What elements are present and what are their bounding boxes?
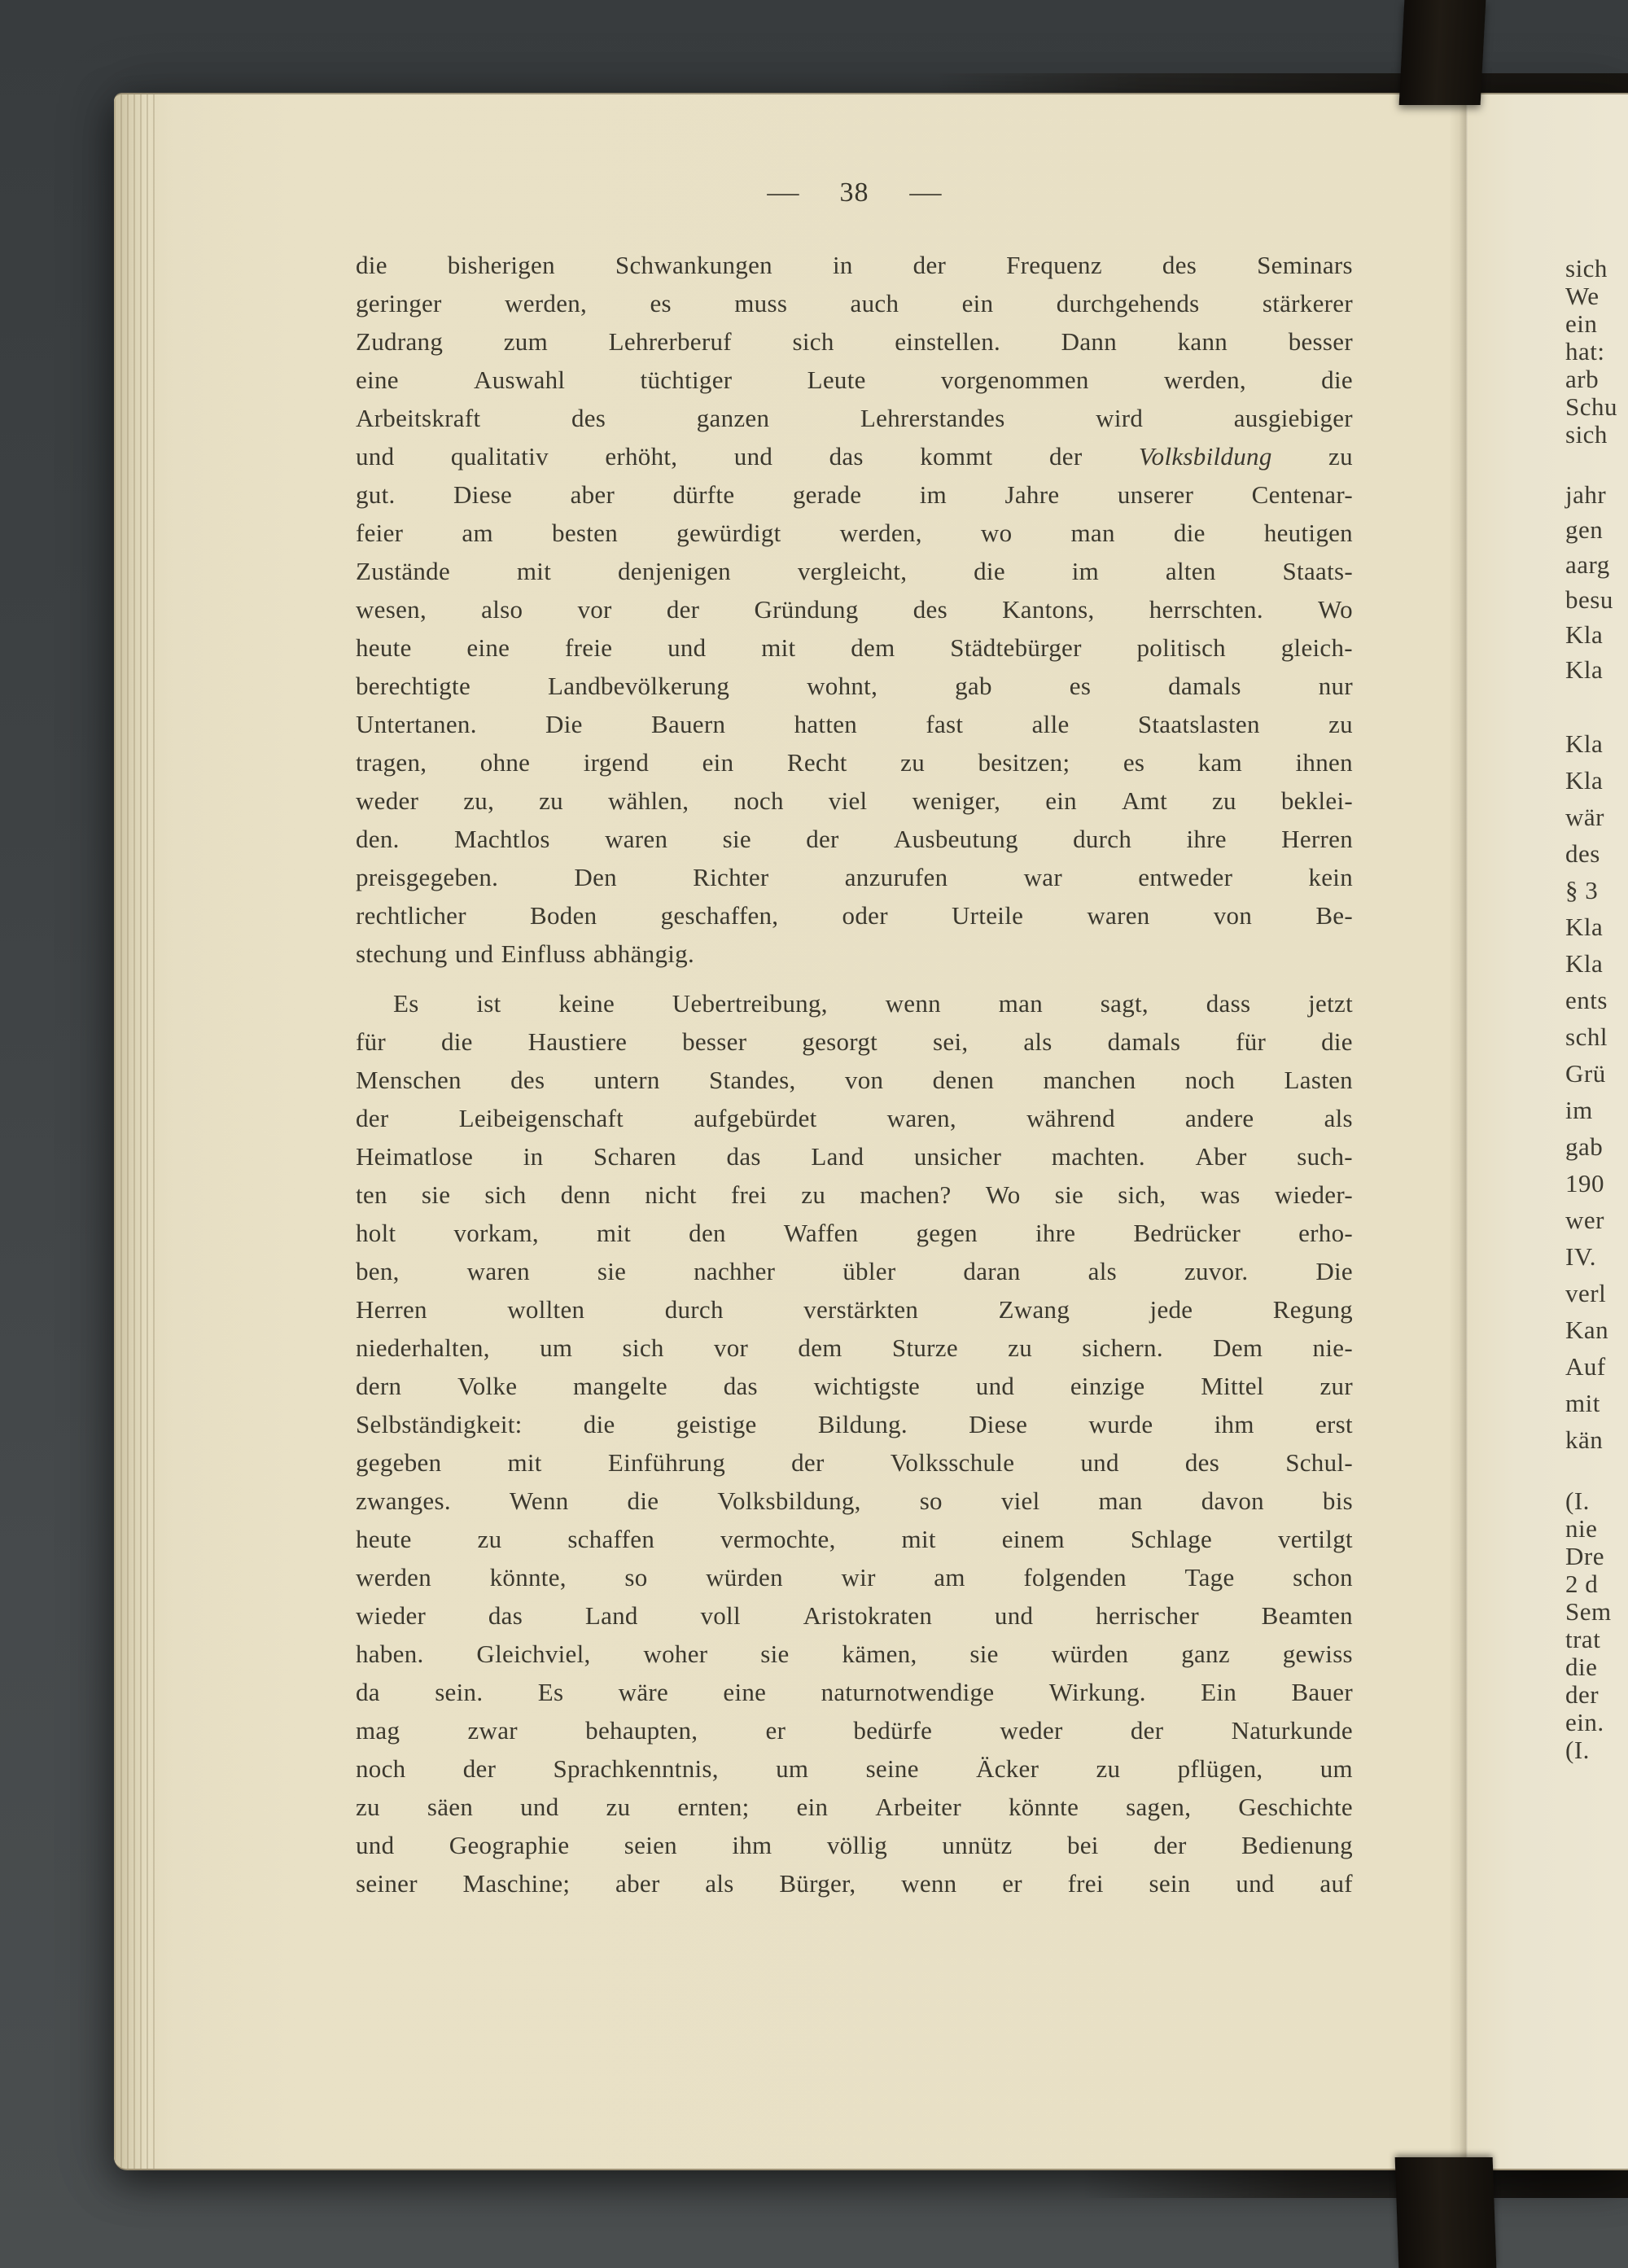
word: es <box>650 284 671 322</box>
paragraph: EsistkeineUebertreibung,wennmansagt,dass… <box>356 984 1353 1902</box>
word: nur <box>1319 667 1353 705</box>
word: dass <box>1206 984 1251 1022</box>
text-line: niederhalten,umsichvordemSturzezusichern… <box>356 1329 1353 1367</box>
word: Äcker <box>976 1749 1039 1788</box>
page-number-left-dash: — <box>767 177 799 208</box>
word: davon <box>1201 1482 1264 1520</box>
word: Die <box>545 705 583 743</box>
word: machten. <box>1052 1137 1145 1176</box>
word: kommt <box>920 437 992 475</box>
word: bedürfe <box>853 1711 932 1749</box>
word: denn <box>561 1176 610 1214</box>
word: um <box>540 1329 572 1367</box>
word: holt <box>356 1214 396 1252</box>
word: mit <box>507 1443 541 1482</box>
word: Wenn <box>510 1482 569 1520</box>
word: zu <box>1328 437 1353 475</box>
word: irgend <box>584 743 649 782</box>
word: des <box>1162 246 1197 284</box>
word: Boden <box>530 896 597 935</box>
text-line: berechtigteLandbevölkerungwohnt,gabesdam… <box>356 667 1353 705</box>
word: eine <box>356 361 399 399</box>
word: Scharen <box>593 1137 676 1176</box>
text-line: feierambestengewürdigtwerden,womandieheu… <box>356 514 1353 552</box>
word: es <box>1123 743 1144 782</box>
bookmark-ribbon-bottom <box>1395 2157 1497 2268</box>
word: die <box>628 1482 659 1520</box>
word: alle <box>1032 705 1070 743</box>
word: stechung <box>356 935 448 973</box>
word: andere <box>1185 1099 1254 1137</box>
word: waren, <box>887 1099 956 1137</box>
word: sich <box>623 1329 664 1367</box>
word: das <box>829 437 864 475</box>
word: zu, <box>463 782 494 820</box>
word: erst <box>1315 1405 1353 1443</box>
word: den. <box>356 820 400 858</box>
word: Wo <box>986 1176 1021 1214</box>
word: Sturze <box>892 1329 958 1367</box>
word: Bedienung <box>1241 1826 1353 1864</box>
word: Richter <box>693 858 768 896</box>
right-page-text-fragment: IV. <box>1565 1241 1596 1273</box>
word: einem <box>1002 1520 1065 1558</box>
word: vergleicht, <box>798 552 907 590</box>
word: zum <box>504 322 548 361</box>
word: sich <box>793 322 834 361</box>
word: mit <box>902 1520 936 1558</box>
word: völlig <box>827 1826 887 1864</box>
right-page-text-fragment: § 3 <box>1565 874 1598 907</box>
word: seine <box>866 1749 919 1788</box>
word: Sprachkenntnis, <box>553 1749 718 1788</box>
word: sie <box>597 1252 626 1290</box>
word: von <box>845 1061 883 1099</box>
word: also <box>481 590 523 628</box>
word: Arbeiter <box>875 1788 961 1826</box>
word: Dem <box>1213 1329 1263 1367</box>
word: die <box>356 246 387 284</box>
word: gegeben <box>356 1443 441 1482</box>
word: heute <box>356 1520 412 1558</box>
text-line: heutezuschaffenvermochte,miteinemSchlage… <box>356 1520 1353 1558</box>
right-page-text-fragment: jahr <box>1565 479 1606 511</box>
word: damals <box>1168 667 1241 705</box>
word: manchen <box>1043 1061 1136 1099</box>
word: des <box>510 1061 545 1099</box>
word: Maschine; <box>463 1864 571 1902</box>
word: sie <box>723 820 751 858</box>
word: sein. <box>435 1673 483 1711</box>
word: beklei- <box>1281 782 1353 820</box>
right-page-text-fragment: 190 <box>1565 1167 1604 1200</box>
word: kam <box>1198 743 1242 782</box>
word: frei <box>731 1176 767 1214</box>
word: sie <box>1055 1176 1083 1214</box>
word: kämen, <box>842 1635 917 1673</box>
word: Landbevölkerung <box>548 667 729 705</box>
word: mit <box>597 1214 631 1252</box>
word: Jahre <box>1005 475 1060 514</box>
word: schaffen <box>567 1520 654 1558</box>
word: werden, <box>505 284 587 322</box>
word: gleich- <box>1281 628 1353 667</box>
word: ernten; <box>677 1788 749 1826</box>
right-page-text-fragment: Kla <box>1565 911 1603 944</box>
text-line: undGeographieseienihmvölligunnützbeiderB… <box>356 1826 1353 1864</box>
word: übler <box>842 1252 895 1290</box>
word: Urteile <box>952 896 1023 935</box>
word: gewiss <box>1283 1635 1353 1673</box>
word: um <box>1320 1749 1353 1788</box>
text-line: heuteeinefreieundmitdemStädtebürgerpolit… <box>356 628 1353 667</box>
text-line: diebisherigenSchwankungeninderFrequenzde… <box>356 246 1353 284</box>
left-page: — 38 — diebisherigenSchwankungeninderFre… <box>114 94 1465 2169</box>
word: Schlage <box>1131 1520 1212 1558</box>
text-line: wesen,alsovorderGründungdesKantons,herrs… <box>356 590 1353 628</box>
word: Naturkunde <box>1232 1711 1353 1749</box>
right-page-text-fragment: kän <box>1565 1424 1603 1456</box>
word: ben, <box>356 1252 400 1290</box>
word: sich <box>484 1176 526 1214</box>
text-line: werdenkönnte,sowürdenwiramfolgendenTages… <box>356 1558 1353 1596</box>
word: das <box>488 1596 523 1635</box>
text-line: undqualitativerhöht,unddaskommtderVolksb… <box>356 437 1353 475</box>
word: weniger, <box>912 782 1000 820</box>
word: Frequenz <box>1006 246 1102 284</box>
word: Standes, <box>709 1061 796 1099</box>
word: bisherigen <box>448 246 555 284</box>
word: sich, <box>1118 1176 1166 1214</box>
word: rechtlicher <box>356 896 466 935</box>
word: aufgebürdet <box>694 1099 816 1137</box>
right-page-text-fragment: im <box>1565 1094 1593 1127</box>
word: auch <box>851 284 899 322</box>
word: Zudrang <box>356 322 443 361</box>
word: die <box>974 552 1005 590</box>
word: heute <box>356 628 412 667</box>
text-line: dasein.EswäreeinenaturnotwendigeWirkung.… <box>356 1673 1353 1711</box>
word: zur <box>1319 1367 1352 1405</box>
right-page-text-fragment: Kla <box>1565 728 1603 760</box>
word: Recht <box>787 743 847 782</box>
text-line: nochderSprachkenntnis,umseineÄckerzupflü… <box>356 1749 1353 1788</box>
word: Leibeigenschaft <box>459 1099 624 1137</box>
word: vorgenommen <box>941 361 1089 399</box>
right-page-text-fragment: Kla <box>1565 764 1603 797</box>
text-line: gut.DieseaberdürftegeradeimJahreunsererC… <box>356 475 1353 514</box>
right-page-text-fragment: Kla <box>1565 619 1603 651</box>
word: wir <box>841 1558 875 1596</box>
word: wesen, <box>356 590 427 628</box>
word: Dann <box>1061 322 1117 361</box>
word: die <box>1174 514 1206 552</box>
text-line: preisgegeben.DenRichteranzurufenwarentwe… <box>356 858 1353 896</box>
scanner-background: — 38 — diebisherigenSchwankungeninderFre… <box>0 0 1628 2268</box>
word: Volksbildung, <box>717 1482 860 1520</box>
word: des <box>913 590 947 628</box>
word: so <box>920 1482 943 1520</box>
word: verstärkten <box>803 1290 918 1329</box>
word: als <box>1023 1022 1052 1061</box>
word: gab <box>955 667 992 705</box>
word: die <box>1321 361 1353 399</box>
word: sein <box>1149 1864 1190 1902</box>
right-page-text-fragment: schl <box>1565 1021 1608 1053</box>
right-page-text-fragment: Kan <box>1565 1314 1608 1346</box>
word: Einführung <box>608 1443 725 1482</box>
word: Wirkung. <box>1049 1673 1146 1711</box>
word: Arbeitskraft <box>356 399 480 437</box>
word: Gründung <box>754 590 858 628</box>
word: mit <box>517 552 551 590</box>
word: der <box>791 1443 824 1482</box>
word: einzige <box>1070 1367 1145 1405</box>
word: der <box>806 820 838 858</box>
word: Ausbeutung <box>894 820 1018 858</box>
right-page-text-fragment: ents <box>1565 984 1608 1017</box>
text-line: HerrenwolltendurchverstärktenZwangjedeRe… <box>356 1290 1353 1329</box>
word: entweder <box>1138 858 1232 896</box>
word: heutigen <box>1264 514 1353 552</box>
word: die <box>584 1405 615 1443</box>
word: werden, <box>1164 361 1246 399</box>
word: und <box>1236 1864 1274 1902</box>
word: aber <box>615 1864 660 1902</box>
word: geistige <box>676 1405 757 1443</box>
word: Land <box>811 1137 864 1176</box>
word: oder <box>842 896 888 935</box>
word: kann <box>1178 322 1228 361</box>
word: ein <box>702 743 734 782</box>
word: Mittel <box>1201 1367 1264 1405</box>
paragraph: diebisherigenSchwankungeninderFrequenzde… <box>356 246 1353 973</box>
word: der <box>667 590 699 628</box>
word: Staats- <box>1283 552 1353 590</box>
word: damals <box>1108 1022 1181 1061</box>
right-page-text-fragment: Auf <box>1565 1351 1606 1383</box>
word: naturnotwendige <box>821 1673 995 1711</box>
word: Es <box>393 984 419 1022</box>
word: war <box>1024 858 1062 896</box>
word: einstellen. <box>895 322 1000 361</box>
word: ihnen <box>1296 743 1353 782</box>
word: sagt, <box>1101 984 1149 1022</box>
word: als <box>1324 1099 1353 1137</box>
word: Bauern <box>651 705 725 743</box>
word: qualitativ <box>451 437 549 475</box>
right-page-text-fragment: des <box>1565 838 1600 870</box>
word: noch <box>733 782 783 820</box>
word: für <box>356 1022 386 1061</box>
word: ein <box>962 284 994 322</box>
word: Die <box>1315 1252 1353 1290</box>
text-line: gegebenmitEinführungderVolksschuleunddes… <box>356 1443 1353 1482</box>
word: Beamten <box>1262 1596 1353 1635</box>
word: zu <box>801 1176 825 1214</box>
word: Regung <box>1273 1290 1353 1329</box>
word: besser <box>682 1022 746 1061</box>
word: vor <box>714 1329 748 1367</box>
word: zu <box>539 782 563 820</box>
word: sie <box>422 1176 450 1214</box>
word: dem <box>851 628 895 667</box>
word: noch <box>356 1749 405 1788</box>
word: wohnt, <box>807 667 877 705</box>
right-page-text-fragment: Grü <box>1565 1057 1606 1090</box>
bookmark-ribbon-top <box>1399 0 1486 105</box>
word: berechtigte <box>356 667 470 705</box>
word: Volksbildung <box>1139 437 1272 475</box>
word: als <box>1088 1252 1117 1290</box>
word: er <box>766 1711 786 1749</box>
word: zu <box>1008 1329 1032 1367</box>
word: ein <box>797 1788 829 1826</box>
word: schon <box>1293 1558 1353 1596</box>
word: mit <box>761 628 795 667</box>
word: und <box>520 1788 558 1826</box>
word: der <box>463 1749 496 1788</box>
word: Diese <box>969 1405 1027 1443</box>
word: Bürger, <box>779 1864 856 1902</box>
text-line: ben,warensienachherüblerdaranalszuvor.Di… <box>356 1252 1353 1290</box>
word: ganz <box>1181 1635 1230 1673</box>
word: seiner <box>356 1864 418 1902</box>
right-page-text-fragment: wär <box>1565 801 1604 834</box>
word: voll <box>700 1596 740 1635</box>
word: nicht <box>645 1176 697 1214</box>
word: ganzen <box>697 399 770 437</box>
word: bei <box>1067 1826 1099 1864</box>
word: und <box>976 1367 1014 1405</box>
word: um <box>776 1749 808 1788</box>
right-page-text-fragment: sich <box>1565 418 1608 451</box>
word: sichern. <box>1082 1329 1163 1367</box>
word: Zustände <box>356 552 450 590</box>
text-line: zwanges.WenndieVolksbildung,sovielmandav… <box>356 1482 1353 1520</box>
word: Heimatlose <box>356 1137 473 1176</box>
word: was <box>1201 1176 1241 1214</box>
word: abhängig. <box>593 935 694 973</box>
word: während <box>1026 1099 1115 1137</box>
word: weder <box>356 782 418 820</box>
word: ausgiebiger <box>1234 399 1353 437</box>
text-line: zusäenundzuernten;einArbeiterkönntesagen… <box>356 1788 1353 1826</box>
word: Menschen <box>356 1061 462 1099</box>
word: dern <box>356 1367 401 1405</box>
text-line: geringerwerden,esmussaucheindurchgehends… <box>356 284 1353 322</box>
word: besser <box>1289 322 1353 361</box>
text-line: EsistkeineUebertreibung,wennmansagt,dass… <box>356 984 1353 1022</box>
word: und <box>734 437 772 475</box>
word: behaupten, <box>585 1711 698 1749</box>
word: würden <box>706 1558 783 1596</box>
word: und <box>667 628 706 667</box>
word: tüchtiger <box>641 361 733 399</box>
word: er <box>1002 1864 1022 1902</box>
word: in <box>523 1137 544 1176</box>
word: tragen, <box>356 743 427 782</box>
word: Diese <box>453 475 512 514</box>
word: noch <box>1185 1061 1235 1099</box>
word: frei <box>1068 1864 1104 1902</box>
text-line: HeimatloseinScharendasLandunsichermachte… <box>356 1137 1353 1176</box>
word: sei, <box>933 1022 968 1061</box>
text-line: tensiesichdennnichtfreizumachen?Wosiesic… <box>356 1176 1353 1214</box>
word: anzurufen <box>845 858 948 896</box>
word: im <box>920 475 947 514</box>
word: Geographie <box>449 1826 570 1864</box>
word: erho- <box>1298 1214 1353 1252</box>
word: keine <box>558 984 615 1022</box>
word: von <box>1214 896 1252 935</box>
word: seien <box>624 1826 677 1864</box>
word: ihre <box>1035 1214 1075 1252</box>
word: könnte <box>1009 1788 1079 1826</box>
word: zu <box>900 743 925 782</box>
word: Lehrerberuf <box>609 322 732 361</box>
word: die <box>1321 1022 1353 1061</box>
word: waren <box>467 1252 530 1290</box>
right-page-text-fragment: mit <box>1565 1387 1600 1420</box>
text-line: den.MachtloswarensiederAusbeutungdurchih… <box>356 820 1353 858</box>
word: auf <box>1319 1864 1352 1902</box>
word: hatten <box>794 705 858 743</box>
word: Auswahl <box>474 361 565 399</box>
word: Volke <box>457 1367 517 1405</box>
text-line: magzwarbehaupten,erbedürfewederderNaturk… <box>356 1711 1353 1749</box>
word: der <box>356 1099 388 1137</box>
text-line: dernVolkemangeltedaswichtigsteundeinzige… <box>356 1367 1353 1405</box>
word: gesorgt <box>802 1022 877 1061</box>
word: erhöht, <box>605 437 677 475</box>
word: stärkerer <box>1263 284 1353 322</box>
word: haben. <box>356 1635 424 1673</box>
word: niederhalten, <box>356 1329 490 1367</box>
right-page-text-fragment: gen <box>1565 514 1603 546</box>
word: das <box>724 1367 758 1405</box>
word: Centenar- <box>1252 475 1353 514</box>
word: Lasten <box>1284 1061 1353 1099</box>
text-line: wederzu,zuwählen,nochvielweniger,einAmtz… <box>356 782 1353 820</box>
word: nachher <box>694 1252 775 1290</box>
word: herrischer <box>1096 1596 1199 1635</box>
text-line: Untertanen.DieBauernhattenfastalleStaats… <box>356 705 1353 743</box>
word: dürfte <box>673 475 735 514</box>
word: preisgegeben. <box>356 858 498 896</box>
right-page-text-fragment: Kla <box>1565 948 1603 980</box>
text-line: eineAuswahltüchtigerLeutevorgenommenwerd… <box>356 361 1353 399</box>
word: der <box>1131 1711 1163 1749</box>
word: vermochte, <box>720 1520 836 1558</box>
word: wurde <box>1088 1405 1153 1443</box>
word: pflügen, <box>1178 1749 1263 1788</box>
word: man <box>1071 514 1115 552</box>
word: Städtebürger <box>950 628 1081 667</box>
word: zwanges. <box>356 1482 451 1520</box>
word: nie- <box>1313 1329 1353 1367</box>
word: durchgehends <box>1057 284 1200 322</box>
word: man <box>1098 1482 1142 1520</box>
word: Lehrerstandes <box>860 399 1005 437</box>
text-line: wiederdasLandvollAristokratenundherrisch… <box>356 1596 1353 1635</box>
word: säen <box>427 1788 473 1826</box>
right-page-sliver: sichWeeinhat:arbSchusichjahrgenaargbesuK… <box>1468 94 1628 2169</box>
word: Untertanen. <box>356 705 477 743</box>
word: Bedrücker <box>1133 1214 1241 1252</box>
word: wenn <box>901 1864 956 1902</box>
word: Bildung. <box>818 1405 908 1443</box>
